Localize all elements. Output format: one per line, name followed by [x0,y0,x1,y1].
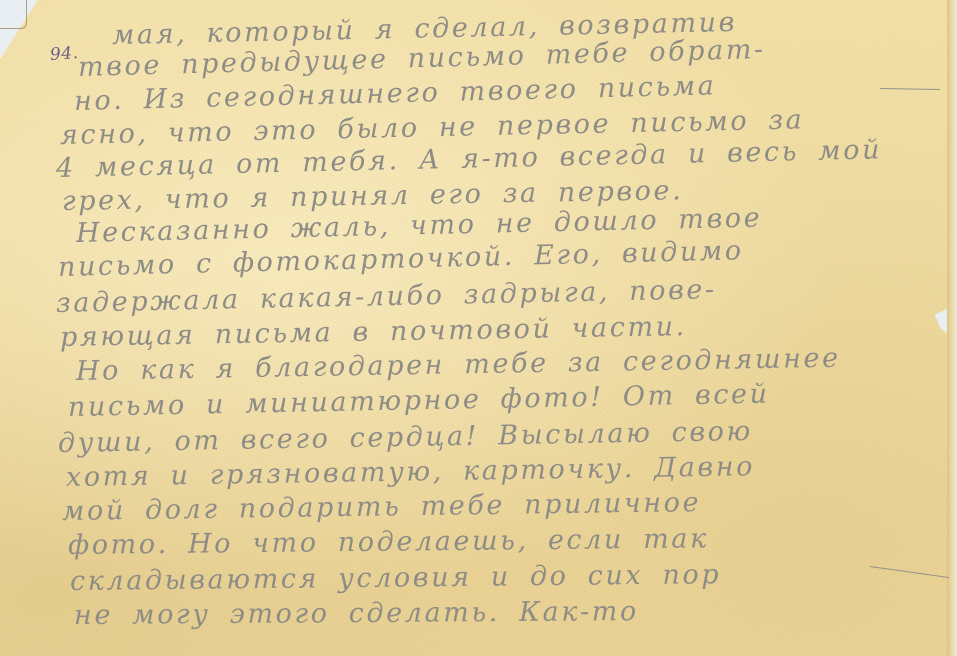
scanned-letter: 94. мая, который я сделал, возвратив тво… [0,0,957,656]
letter-line: мой долг подарить тебе приличное [62,487,701,527]
letter-line: складываются условия и до сих пор [70,559,721,597]
letter-line: фото. Но что поделаешь, если так [68,523,709,561]
letter-line: хотя и грязноватую, карточку. Давно [66,451,755,493]
letter-body: мая, который я сделал, возвратив твое пр… [0,0,957,656]
letter-line: не могу этого сделать. Как-то [74,596,639,631]
